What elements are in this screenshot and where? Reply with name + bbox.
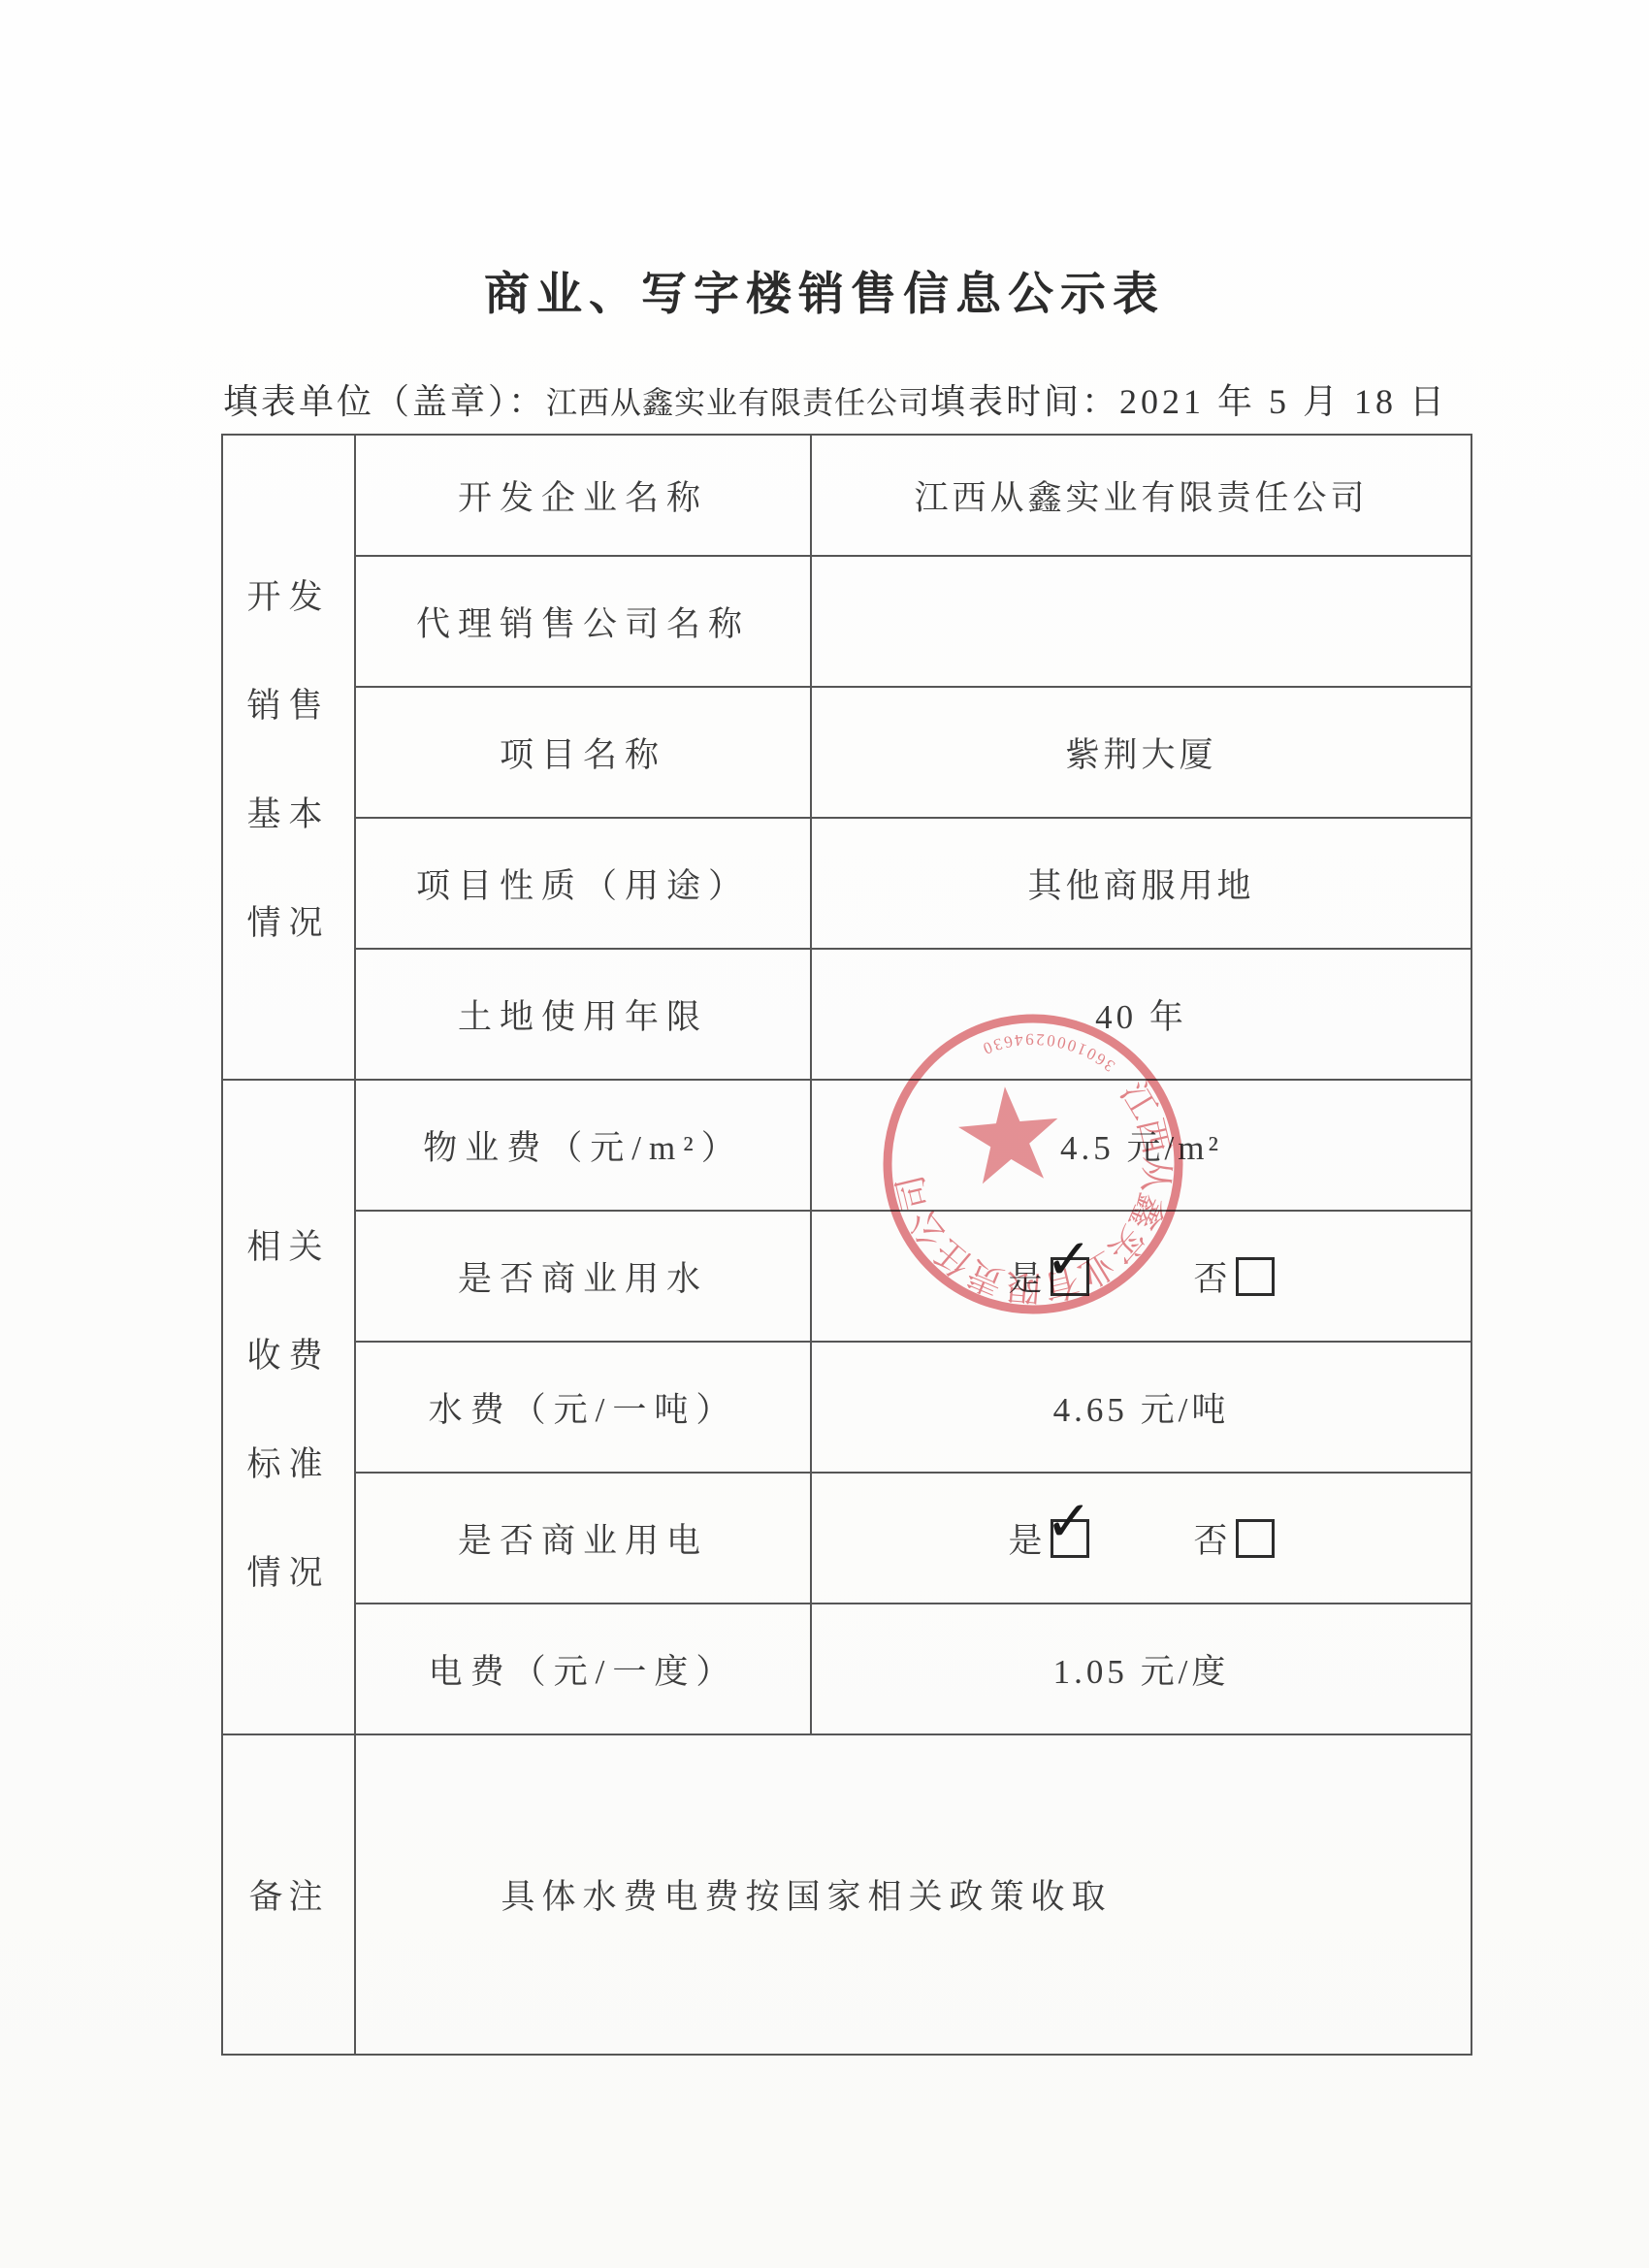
- field-agency-name: 代理销售公司名称: [355, 556, 811, 687]
- value-remarks: 具体水费电费按国家相关政策收取: [355, 1734, 1471, 2055]
- table-row: 电费（元/一度） 1.05 元/度: [222, 1604, 1471, 1734]
- no-checkbox-empty: [1236, 1257, 1275, 1296]
- scanned-form-page: 商业、写字楼销售信息公示表 填表单位（盖章）：江西从鑫实业有限责任公司填表时间：…: [0, 0, 1649, 2268]
- check-mark-icon: ✓: [1046, 1231, 1093, 1287]
- field-power-commercial: 是否商业用电: [355, 1473, 811, 1604]
- yes-label: 是: [1008, 1514, 1042, 1563]
- table-row: 水费（元/一吨） 4.65 元/吨: [222, 1342, 1471, 1473]
- table-row: 代理销售公司名称: [222, 556, 1471, 687]
- group-fee-standards: 相关 收费 标准 情况: [222, 1080, 355, 1734]
- field-project-name: 项目名称: [355, 687, 811, 818]
- yes-checkbox-checked: ✓: [1051, 1257, 1089, 1296]
- table-row: 是否商业用水 是✓否: [222, 1211, 1471, 1342]
- value-property-fee: 4.5 元/m²: [811, 1080, 1471, 1211]
- group-basic-info: 开发 销售 基本 情况: [222, 435, 355, 1080]
- yes-label: 是: [1008, 1252, 1042, 1301]
- field-property-fee: 物业费（元/m²）: [355, 1080, 811, 1211]
- field-land-term: 土地使用年限: [355, 949, 811, 1080]
- group-fee-line: 相关: [246, 1220, 330, 1269]
- page-title: 商业、写字楼销售信息公示表: [0, 258, 1649, 323]
- fill-unit-label: 填表单位（盖章）：: [223, 382, 546, 421]
- value-agency-name: [811, 556, 1471, 687]
- table-row: 是否商业用电 是✓否: [222, 1473, 1471, 1604]
- value-developer-name: 江西从鑫实业有限责任公司: [811, 435, 1471, 556]
- table-row: 相关 收费 标准 情况 物业费（元/m²） 4.5 元/m²: [222, 1080, 1471, 1211]
- value-project-use: 其他商服用地: [811, 818, 1471, 949]
- fill-time-value: 2021 年 5 月 18 日: [1119, 382, 1448, 421]
- table-row: 项目性质（用途） 其他商服用地: [222, 818, 1471, 949]
- group-fee-line: 情况: [246, 1546, 330, 1595]
- field-remarks: 备注: [222, 1734, 355, 2055]
- yes-checkbox-checked: ✓: [1051, 1519, 1089, 1558]
- field-water-commercial: 是否商业用水: [355, 1211, 811, 1342]
- value-project-name: 紫荆大厦: [811, 687, 1471, 818]
- table-row: 土地使用年限 40 年: [222, 949, 1471, 1080]
- value-power-commercial: 是✓否: [811, 1473, 1471, 1604]
- value-land-term: 40 年: [811, 949, 1471, 1080]
- check-mark-icon: ✓: [1046, 1493, 1093, 1549]
- value-water-fee: 4.65 元/吨: [811, 1342, 1471, 1473]
- value-water-commercial: 是✓否: [811, 1211, 1471, 1342]
- table-row: 项目名称 紫荆大厦: [222, 687, 1471, 818]
- form-meta-line: 填表单位（盖章）：江西从鑫实业有限责任公司填表时间：2021 年 5 月 18 …: [223, 374, 1484, 424]
- field-power-fee: 电费（元/一度）: [355, 1604, 811, 1734]
- group-basic-line: 基本: [246, 788, 330, 836]
- no-label: 否: [1194, 1514, 1228, 1563]
- field-water-fee: 水费（元/一吨）: [355, 1342, 811, 1473]
- no-label: 否: [1194, 1252, 1228, 1301]
- group-fee-line: 收费: [246, 1329, 330, 1377]
- field-project-use: 项目性质（用途）: [355, 818, 811, 949]
- group-fee-line: 标准: [246, 1438, 330, 1486]
- info-table: 开发 销售 基本 情况 开发企业名称 江西从鑫实业有限责任公司 代理销售公司名称…: [221, 434, 1472, 2056]
- value-power-fee: 1.05 元/度: [811, 1604, 1471, 1734]
- fill-unit-value: 江西从鑫实业有限责任公司: [546, 385, 930, 420]
- group-basic-line: 情况: [246, 896, 330, 945]
- table-row: 备注 具体水费电费按国家相关政策收取: [222, 1734, 1471, 2055]
- group-basic-line: 销售: [246, 679, 330, 728]
- field-developer-name: 开发企业名称: [355, 435, 811, 556]
- fill-time-label: 填表时间：: [930, 382, 1119, 421]
- table-row: 开发 销售 基本 情况 开发企业名称 江西从鑫实业有限责任公司: [222, 435, 1471, 556]
- no-checkbox-empty: [1236, 1519, 1275, 1558]
- group-basic-line: 开发: [246, 570, 330, 619]
